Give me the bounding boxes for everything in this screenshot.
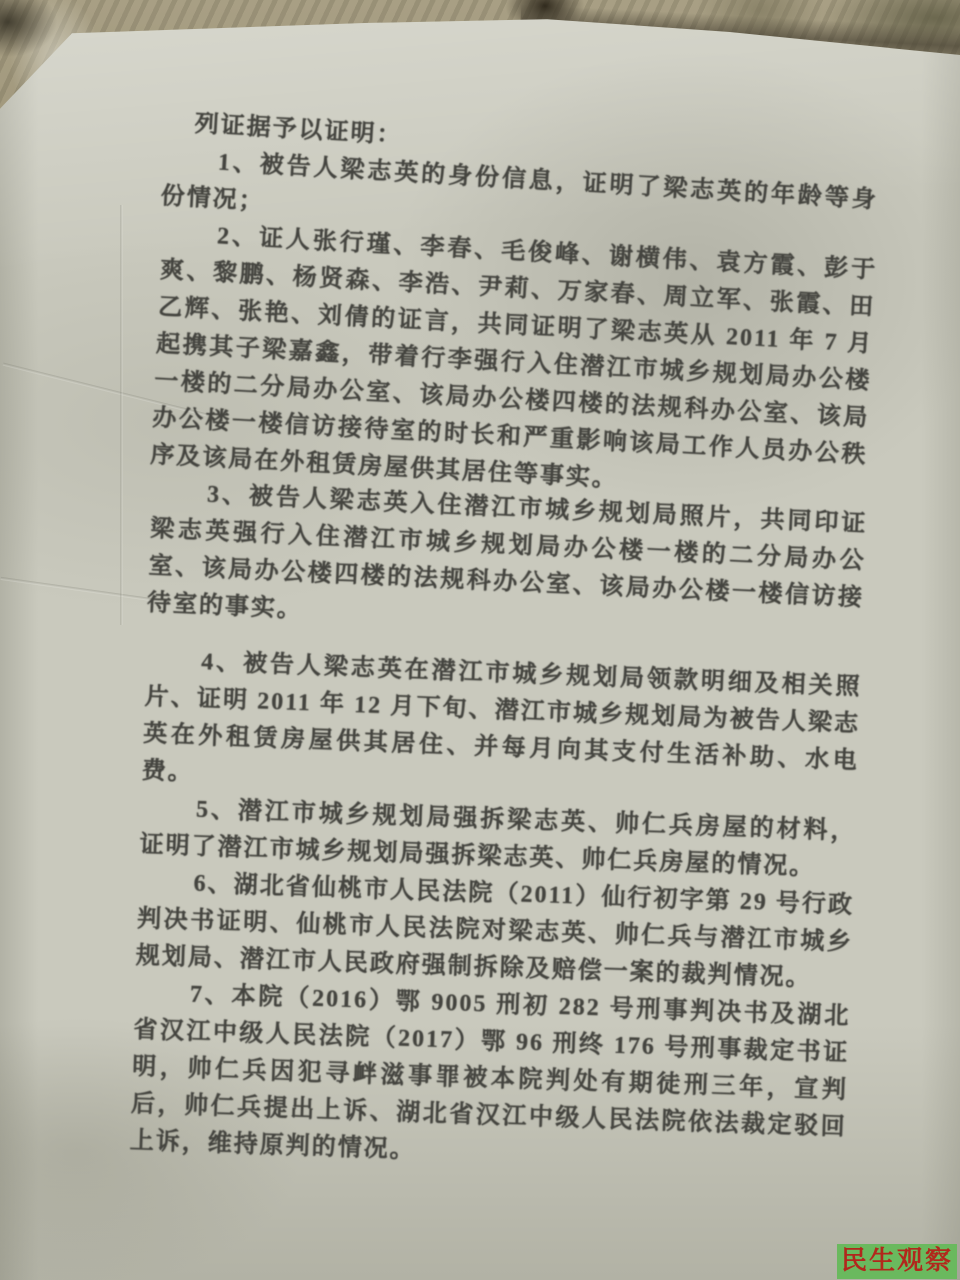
judgment-text: 列证据予以证明： 1、被告人梁志英的身份信息，证明了梁志英的年龄等身份情况； 2… — [129, 104, 880, 1183]
paper-crease — [120, 205, 123, 625]
document-paper: 列证据予以证明： 1、被告人梁志英的身份信息，证明了梁志英的年龄等身份情况； 2… — [0, 0, 960, 1280]
paragraph-evidence-2: 2、证人张行瑾、李春、毛俊峰、谢横伟、袁方霞、彭于爽、黎鹏、杨贤森、李浩、尹莉、… — [149, 215, 878, 511]
paragraph-evidence-4: 4、被告人梁志英在潜江市城乡规划局领款明细及相关照片、证明 2011 年 12 … — [141, 642, 862, 817]
paper-crease — [1, 577, 160, 602]
paragraph-evidence-7: 7、本院（2016）鄂 9005 刑初 282 号刑事判决书及湖北省汉江中级人民… — [129, 975, 851, 1184]
photographed-document: 列证据予以证明： 1、被告人梁志英的身份信息，证明了梁志英的年龄等身份情况； 2… — [0, 0, 960, 1280]
paragraph-evidence-3: 3、被告人梁志英入住潜江市城乡规划局照片，共同印证梁志英强行入住潜江市城乡规划局… — [146, 474, 868, 654]
watermark-minsheng-guancha: 民生观察 — [837, 1244, 957, 1279]
